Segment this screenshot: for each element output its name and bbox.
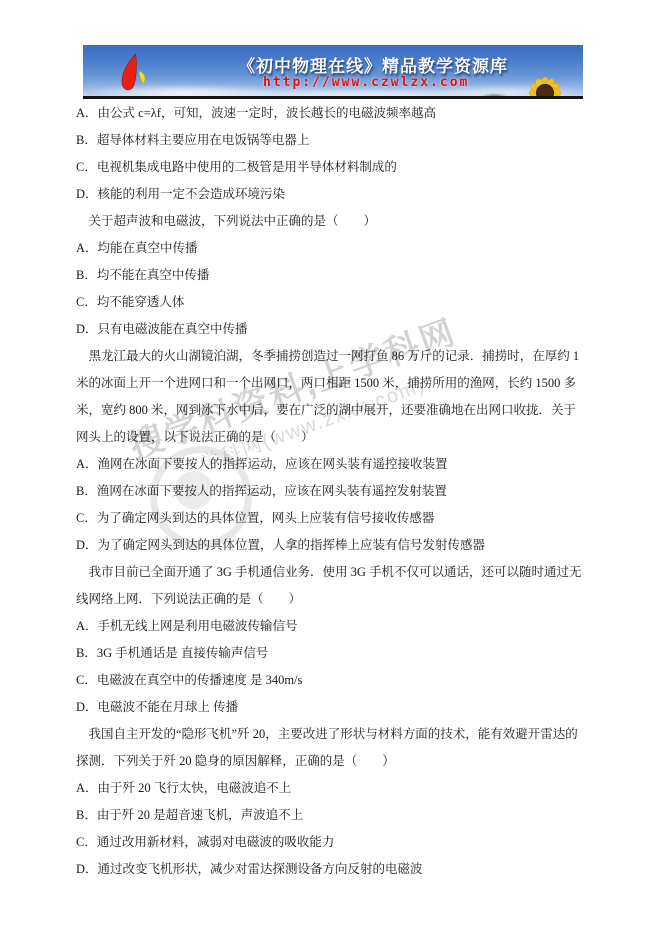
sunflower-icon [515,67,573,99]
option-line: C．为了确定网头到达的具体位置，网头上应装有信号接收传感器 [76,505,588,532]
option-line: D．通过改变飞机形状，减少对雷达探测设备方向反射的电磁波 [76,856,588,883]
question-block: A．由公式 c=λf，可知，波速一定时，波长越长的电磁波频率越高 B．超导体材料… [76,100,588,208]
option-line: A．由公式 c=λf，可知，波速一定时，波长越长的电磁波频率越高 [76,100,588,127]
option-line: A．手机无线上网是利用电磁波传输信号 [76,613,588,640]
option-line: B．均不能在真空中传播 [76,262,588,289]
option-line: C．均不能穿透人体 [76,289,588,316]
option-line: B．由于歼 20 是超音速飞机，声波追不上 [76,802,588,829]
option-line: D．电磁波不能在月球上 传播 [76,694,588,721]
question-block: 关于超声波和电磁波，下列说法中正确的是（ ） A．均能在真空中传播 B．均不能在… [76,208,588,343]
question-block: 我国自主开发的“隐形飞机”歼 20，主要改进了形状与材料方面的技术，能有效避开雷… [76,721,588,883]
physics-online-logo-icon [111,51,155,95]
option-line: B．渔网在冰面下要按人的指挥运动，应该在网头装有遥控发射装置 [76,478,588,505]
question-block: 我市目前已全面开通了 3G 手机通信业务．使用 3G 手机不仅可以通话，还可以随… [76,559,588,721]
question-stem: 关于超声波和电磁波，下列说法中正确的是（ ） [76,208,588,235]
option-line: C．电磁波在真空中的传播速度 是 340m/s [76,667,588,694]
exam-document: A．由公式 c=λf，可知，波速一定时，波长越长的电磁波频率越高 B．超导体材料… [76,100,588,883]
option-line: D．为了确定网头到达的具体位置，人拿的指挥棒上应装有信号发射传感器 [76,532,588,559]
option-line: C．电视机集成电路中使用的二极管是用半导体材料制成的 [76,154,588,181]
site-url: http://www.czwlzx.com [263,75,469,90]
option-line: C．通过改用新材料，减弱对电磁波的吸收能力 [76,829,588,856]
option-line: D．核能的利用一定不会造成环境污染 [76,181,588,208]
question-stem: 我市目前已全面开通了 3G 手机通信业务．使用 3G 手机不仅可以通话，还可以随… [76,559,588,613]
option-line: A．渔网在冰面下要按人的指挥运动，应该在网头装有遥控接收装置 [76,451,588,478]
question-stem: 我国自主开发的“隐形飞机”歼 20，主要改进了形状与材料方面的技术，能有效避开雷… [76,721,588,775]
question-stem: 黑龙江最大的火山湖镜泊湖，冬季捕捞创造过一网打鱼 86 万斤的记录．捕捞时，在厚… [76,343,588,451]
site-banner: 《初中物理在线》精品教学资源库 http://www.czwlzx.com [83,45,583,99]
option-line: A．由于歼 20 飞行太快，电磁波追不上 [76,775,588,802]
site-title: 《初中物理在线》精品教学资源库 [223,52,523,77]
option-line: A．均能在真空中传播 [76,235,588,262]
option-line: B．超导体材料主要应用在电饭锅等电器上 [76,127,588,154]
question-block: 黑龙江最大的火山湖镜泊湖，冬季捕捞创造过一网打鱼 86 万斤的记录．捕捞时，在厚… [76,343,588,559]
option-line: D．只有电磁波能在真空中传播 [76,316,588,343]
foliage-decor [481,84,515,99]
option-line: B．3G 手机通话是 直接传输声信号 [76,640,588,667]
